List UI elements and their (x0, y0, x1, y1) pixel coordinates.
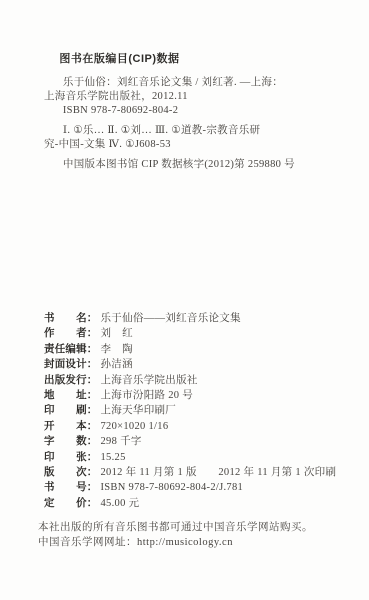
colophon-row-author: 作 者： 刘 红 (44, 326, 349, 341)
colophon-label: 定 价： (44, 496, 98, 510)
cip-title-line: 乐于仙俗：刘红音乐论文集 / 刘红著. —上海： (44, 76, 335, 90)
colophon-label: 印 刷： (44, 403, 98, 417)
colophon-label: 印 张： (44, 450, 98, 464)
book-copyright-page: 图书在版编目(CIP)数据 乐于仙俗：刘红音乐论文集 / 刘红著. —上海： 上… (0, 0, 369, 600)
cip-record-number: 中国版本图书馆 CIP 数据核字(2012)第 259880 号 (44, 158, 335, 172)
colophon-label: 书 名： (44, 311, 98, 325)
cip-classification-line-1: Ⅰ. ①乐… Ⅱ. ①刘… Ⅲ. ①道教-宗教音乐研 (44, 124, 335, 138)
colophon-value: 720×1020 1/16 (101, 420, 169, 434)
colophon-value: 李 陶 (101, 343, 133, 357)
colophon-row-printer: 印 刷： 上海天华印刷厂 (44, 403, 349, 418)
colophon-value: 45.00 元 (101, 497, 140, 511)
colophon-value: 刘 红 (101, 327, 133, 341)
colophon-label: 字 数： (44, 434, 98, 448)
colophon-value: 上海天华印刷厂 (101, 404, 177, 418)
colophon-row-book-number: 书 号： ISBN 978-7-80692-804-2/J.781 (44, 480, 349, 495)
colophon-row-publisher: 出版发行： 上海音乐学院出版社 (44, 373, 349, 388)
colophon-label: 责任编辑： (44, 342, 98, 356)
colophon-label: 作 者： (44, 326, 98, 340)
cip-classification-line-2: 究-中国-文集 Ⅳ. ①J608-53 (44, 138, 335, 152)
colophon-row-sheets: 印 张： 15.25 (44, 450, 349, 465)
cip-section: 图书在版编目(CIP)数据 乐于仙俗：刘红音乐论文集 / 刘红著. —上海： 上… (44, 52, 335, 172)
colophon-row-editor: 责任编辑： 李 陶 (44, 342, 349, 357)
colophon-value: 2012 年 11 月第 1 版 2012 年 11 月第 1 次印刷 (101, 466, 337, 480)
purchase-note-line: 本社出版的所有音乐图书都可通过中国音乐学网站购买。 (38, 521, 349, 536)
colophon-value: 298 千字 (101, 435, 142, 449)
colophon-label: 出版发行： (44, 373, 98, 387)
colophon-value: 乐于仙俗——刘红音乐论文集 (101, 312, 241, 326)
colophon-label: 地 址： (44, 388, 98, 402)
cip-publisher-line: 上海音乐学院出版社，2012.11 (44, 90, 335, 104)
colophon-value: 上海音乐学院出版社 (101, 374, 198, 388)
colophon-row-edition: 版 次： 2012 年 11 月第 1 版 2012 年 11 月第 1 次印刷 (44, 465, 349, 480)
colophon-label: 版 次： (44, 465, 98, 479)
colophon-row-price: 定 价： 45.00 元 (44, 496, 349, 511)
colophon-value: 15.25 (101, 451, 126, 465)
colophon-row-address: 地 址： 上海市汾阳路 20 号 (44, 388, 349, 403)
website-url: 中国音乐学网网址：http://musicology.cn (38, 536, 349, 551)
colophon-value: ISBN 978-7-80692-804-2/J.781 (101, 481, 244, 495)
colophon-row-cover-design: 封面设计： 孙洁涵 (44, 357, 349, 372)
colophon-section: 书 名： 乐于仙俗——刘红音乐论文集 作 者： 刘 红 责任编辑： 李 陶 封面… (44, 311, 349, 511)
colophon-row-format: 开 本： 720×1020 1/16 (44, 419, 349, 434)
colophon-label: 开 本： (44, 419, 98, 433)
cip-heading: 图书在版编目(CIP)数据 (44, 52, 335, 66)
colophon-row-title: 书 名： 乐于仙俗——刘红音乐论文集 (44, 311, 349, 326)
colophon-label: 书 号： (44, 480, 98, 494)
colophon-row-word-count: 字 数： 298 千字 (44, 434, 349, 449)
purchase-note: 本社出版的所有音乐图书都可通过中国音乐学网站购买。 中国音乐学网网址：http:… (38, 521, 349, 550)
colophon-value: 孙洁涵 (101, 358, 133, 372)
cip-isbn-line: ISBN 978-7-80692-804-2 (44, 104, 335, 118)
colophon-value: 上海市汾阳路 20 号 (101, 389, 194, 403)
colophon-label: 封面设计： (44, 357, 98, 371)
